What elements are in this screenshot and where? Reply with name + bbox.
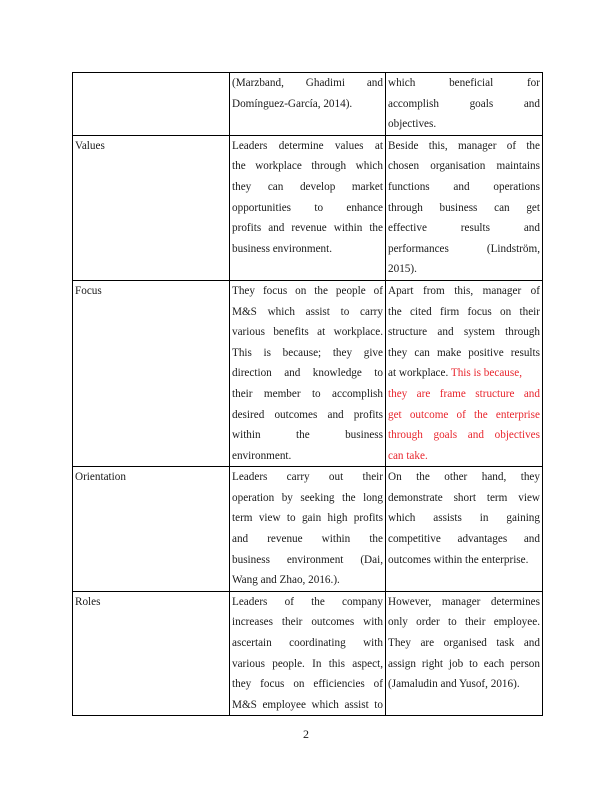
text-line: outcomes within the enterprise. [388, 550, 540, 571]
highlighted-text: through goals and objectives [388, 425, 540, 446]
leaders-cell: Leaders carry out theiroperation by seek… [230, 467, 386, 592]
text-line: However, manager determines [388, 592, 540, 613]
text-line: functions and operations [388, 177, 540, 198]
managers-cell: Apart from this, manager ofthe cited fir… [386, 280, 543, 466]
text-line: direction and knowledge to [232, 363, 383, 384]
text-line: business environment. [232, 239, 383, 260]
highlighted-text: This is because, [448, 367, 522, 379]
text-line: increases their outcomes with [232, 612, 383, 633]
leaders-cell: Leaders of the companyincreases their ou… [230, 591, 386, 716]
text-line: through business can get [388, 198, 540, 219]
text-line: within the business [232, 425, 383, 446]
text-line: they can make positive results [388, 343, 540, 364]
text-line: Apart from this, manager of [388, 281, 540, 302]
highlighted-text: they are frame structure and [388, 384, 540, 405]
text-line: (Marzband, Ghadimi and [232, 73, 383, 94]
row-label: Orientation [75, 467, 227, 488]
text-line: the cited firm focus on their [388, 302, 540, 323]
text-line: and revenue within the [232, 529, 383, 550]
text-line: performances (Lindström, [388, 239, 540, 260]
text-line: M&S employee which assist to [232, 695, 383, 716]
row-label-cell: Orientation [73, 467, 230, 592]
row-label: Focus [75, 281, 227, 302]
text-line: accomplish goals and [388, 94, 540, 115]
row-label-cell: Values [73, 135, 230, 280]
managers-cell: However, manager determinesonly order to… [386, 591, 543, 716]
text-line: 2015). [388, 259, 540, 280]
text-line: the workplace through which [232, 156, 383, 177]
text-line: business environment (Dai, [232, 550, 383, 571]
row-label: Values [75, 136, 227, 157]
table-row: OrientationLeaders carry out theiroperat… [73, 467, 543, 592]
text-line: ascertain coordinating with [232, 633, 383, 654]
text-line: Leaders determine values at [232, 136, 383, 157]
text-line: Domínguez-García, 2014). [232, 94, 383, 115]
text-line: Leaders of the company [232, 592, 383, 613]
leaders-cell: They focus on the people ofM&S which ass… [230, 280, 386, 466]
text-line: competitive advantages and [388, 529, 540, 550]
leaders-cell: (Marzband, Ghadimi andDomínguez-García, … [230, 73, 386, 136]
text-line: term view to gain high profits [232, 508, 383, 529]
document-page: (Marzband, Ghadimi andDomínguez-García, … [0, 0, 612, 792]
managers-cell: which beneficial foraccomplish goals and… [386, 73, 543, 136]
text-line: Leaders carry out their [232, 467, 383, 488]
leaders-vs-managers-table: (Marzband, Ghadimi andDomínguez-García, … [72, 72, 543, 716]
text-line: desired outcomes and profits [232, 405, 383, 426]
highlighted-text: get outcome of the enterprise [388, 405, 540, 426]
page-number: 2 [0, 727, 612, 742]
text-line: operation by seeking the long [232, 488, 383, 509]
text-line: They are organised task and [388, 633, 540, 654]
managers-cell: Beside this, manager of thechosen organi… [386, 135, 543, 280]
row-label-cell [73, 73, 230, 136]
text-line: demonstrate short term view [388, 488, 540, 509]
text-line: On the other hand, they [388, 467, 540, 488]
text-line: only order to their employee. [388, 612, 540, 633]
text-line: This is because; they give [232, 343, 383, 364]
table-row: ValuesLeaders determine values atthe wor… [73, 135, 543, 280]
table-row: FocusThey focus on the people ofM&S whic… [73, 280, 543, 466]
text-line: profits and revenue within the [232, 218, 383, 239]
table-row: (Marzband, Ghadimi andDomínguez-García, … [73, 73, 543, 136]
table-row: RolesLeaders of the companyincreases the… [73, 591, 543, 716]
text-line: objectives. [388, 114, 540, 135]
text-line: Beside this, manager of the [388, 136, 540, 157]
row-label-cell: Roles [73, 591, 230, 716]
text-line: Wang and Zhao, 2016.). [232, 570, 383, 591]
text-line: M&S which assist to carry [232, 302, 383, 323]
row-label: Roles [75, 592, 227, 613]
text-line: they can develop market [232, 177, 383, 198]
managers-cell: On the other hand, theydemonstrate short… [386, 467, 543, 592]
text-line: chosen organisation maintains [388, 156, 540, 177]
text-line: various people. In this aspect, [232, 654, 383, 675]
text-line: environment. [232, 446, 383, 467]
text-line: effective results and [388, 218, 540, 239]
text-line: they focus on efficiencies of [232, 674, 383, 695]
text-line: which assists in gaining [388, 508, 540, 529]
text-line: which beneficial for [388, 73, 540, 94]
text-line: their member to accomplish [232, 384, 383, 405]
text-line: various benefits at workplace. [232, 322, 383, 343]
text-line: structure and system through [388, 322, 540, 343]
highlighted-text: can take. [388, 446, 540, 467]
text-line: opportunities to enhance [232, 198, 383, 219]
text-line: They focus on the people of [232, 281, 383, 302]
text-line: at workplace. This is because, [388, 363, 540, 384]
row-label-cell: Focus [73, 280, 230, 466]
text-line: (Jamaludin and Yusof, 2016). [388, 674, 540, 695]
text-line: assign right job to each person [388, 654, 540, 675]
leaders-cell: Leaders determine values atthe workplace… [230, 135, 386, 280]
